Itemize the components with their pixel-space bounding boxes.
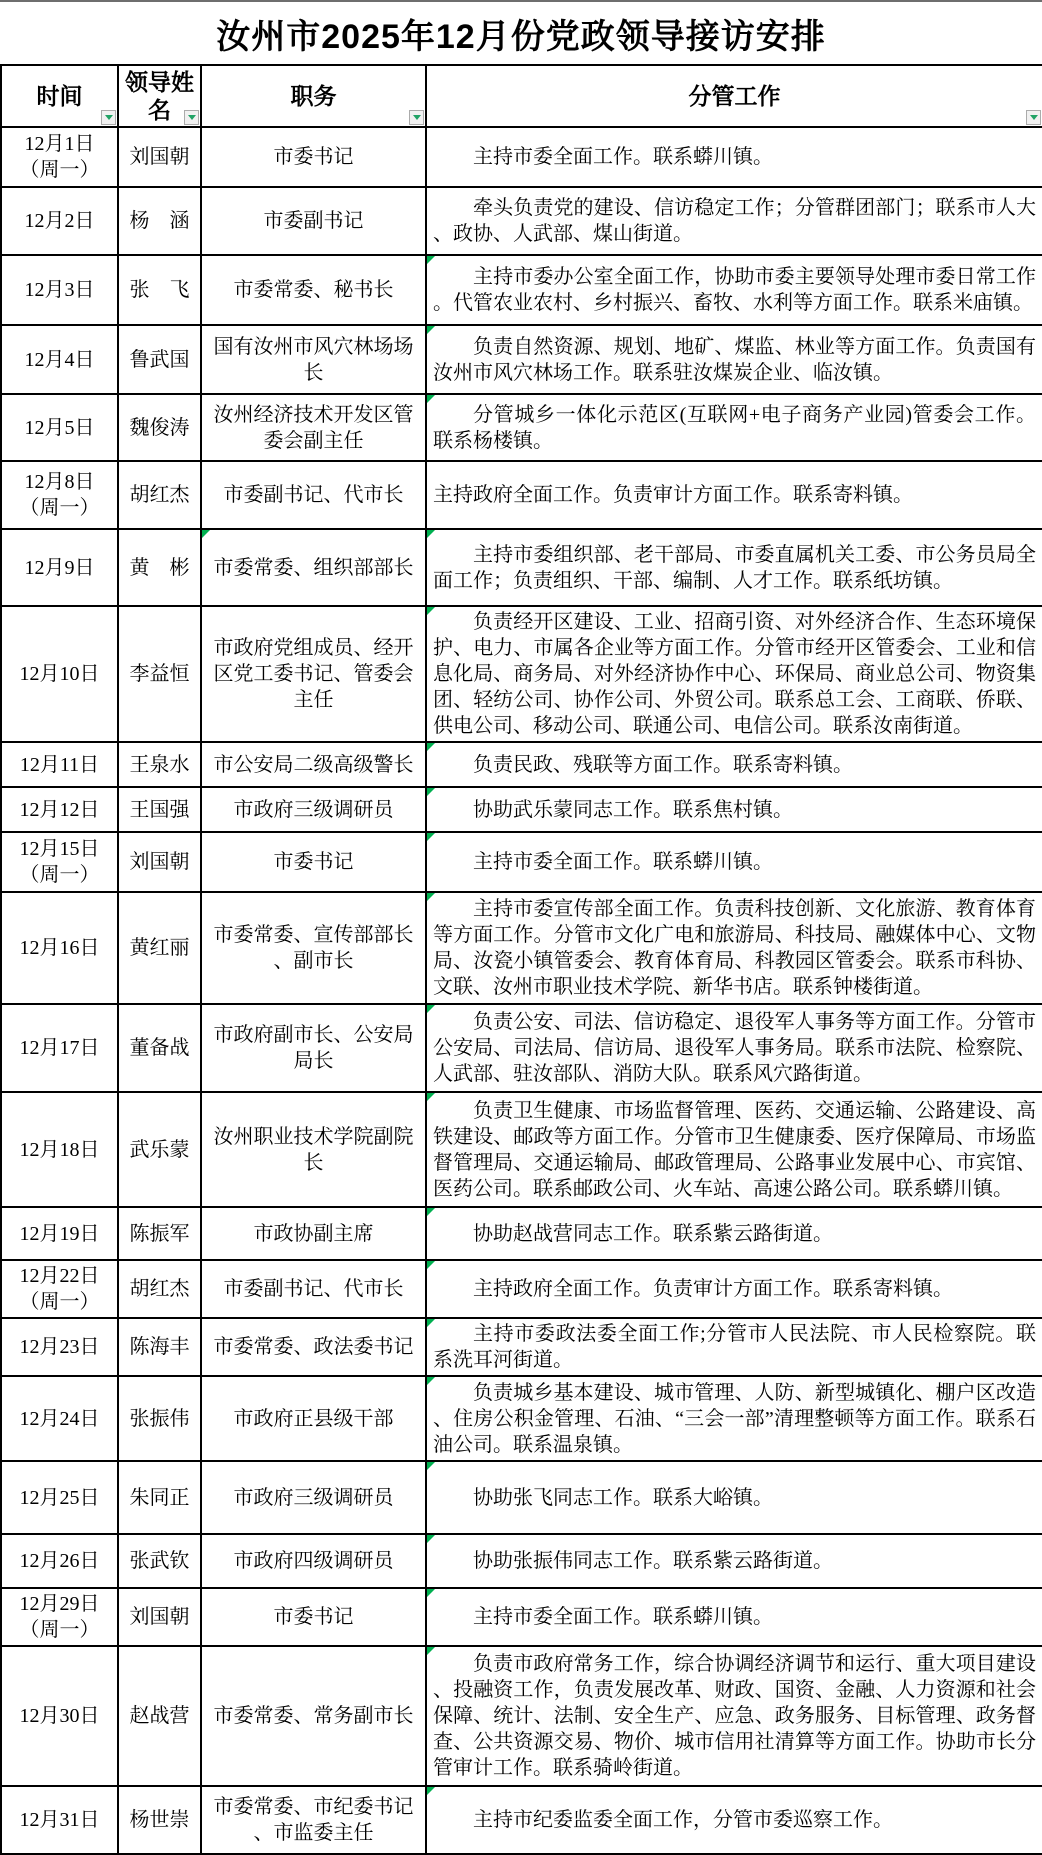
header-row: 时间 领导姓名 职务 分管工作 [1, 65, 1042, 127]
date-cell[interactable]: 12月25日 [1, 1461, 118, 1534]
position-text: 市委书记 [274, 851, 354, 873]
position-text: 国有汝州市风穴林场场长 [214, 336, 414, 384]
position-text: 市委常委、秘书长 [234, 279, 394, 301]
leader-name-cell[interactable]: 董备战 [118, 1004, 201, 1092]
duties-text: 主持市委政法委全面工作;分管市人民法院、市人民检察院。联系洗耳河街道。 [433, 1321, 1036, 1373]
date-cell[interactable]: 12月10日 [1, 606, 118, 742]
leader-name-text: 张 飞 [130, 279, 190, 301]
position-text: 市政府四级调研员 [234, 1550, 394, 1572]
duties-cell[interactable]: 负责市政府常务工作，综合协调经济调节和运行、重大项目建设、投融资工作，负责发展改… [426, 1646, 1042, 1786]
position-cell[interactable]: 市委常委、组织部部长 [201, 529, 426, 606]
date-cell[interactable]: 12月26日 [1, 1534, 118, 1588]
duties-cell[interactable]: 负责经开区建设、工业、招商引资、对外经济合作、生态环境保护、电力、市属各企业等方… [426, 606, 1042, 742]
weekday-text: （周一） [8, 157, 111, 183]
duties-text: 牵头负责党的建设、信访稳定工作；分管群团部门；联系市人大、政协、人武部、煤山街道… [433, 195, 1036, 247]
table-row: 12月19日 陈振军 市政协副主席 协助赵战营同志工作。联系紫云路街道。 [1, 1207, 1042, 1260]
spreadsheet: 汝州市2025年12月份党政领导接访安排 时间 领导姓名 职务 [0, 0, 1042, 1855]
date-text: 12月26日 [8, 1548, 111, 1574]
position-cell[interactable]: 市政协副主席 [201, 1207, 426, 1260]
date-cell[interactable]: 12月18日 [1, 1092, 118, 1207]
leader-name-cell[interactable]: 刘国朝 [118, 127, 201, 187]
date-text: 12月19日 [8, 1221, 111, 1247]
date-text: 12月16日 [8, 935, 111, 961]
error-indicator-icon [427, 788, 435, 796]
date-text: 12月31日 [8, 1807, 111, 1833]
leader-name-cell[interactable]: 朱同正 [118, 1461, 201, 1534]
position-text: 汝州职业技术学院副院长 [214, 1126, 414, 1174]
date-text: 12月3日 [8, 277, 111, 303]
duties-cell[interactable]: 协助张飞同志工作。联系大峪镇。 [426, 1461, 1042, 1534]
error-indicator-icon [427, 1005, 435, 1013]
duties-text: 负责公安、司法、信访稳定、退役军人事务等方面工作。分管市公安局、司法局、信访局、… [433, 1009, 1036, 1087]
date-cell[interactable]: 12月17日 [1, 1004, 118, 1092]
position-text: 市委副书记、代市长 [224, 484, 404, 506]
position-cell[interactable]: 市公安局二级高级警长 [201, 742, 426, 787]
col-header-position-label: 职务 [291, 83, 337, 109]
duties-cell[interactable]: 主持市委政法委全面工作;分管市人民法院、市人民检察院。联系洗耳河街道。 [426, 1318, 1042, 1376]
position-cell[interactable]: 市政府三级调研员 [201, 1461, 426, 1534]
error-indicator-icon [427, 1261, 435, 1269]
date-cell[interactable]: 12月15日 （周一） [1, 832, 118, 892]
col-header-duties[interactable]: 分管工作 [426, 65, 1042, 127]
error-indicator-icon [427, 1462, 435, 1470]
error-indicator-icon [427, 1647, 435, 1655]
date-cell[interactable]: 12月1日 （周一） [1, 127, 118, 187]
duties-cell[interactable]: 负责公安、司法、信访稳定、退役军人事务等方面工作。分管市公安局、司法局、信访局、… [426, 1004, 1042, 1092]
position-cell[interactable]: 市委副书记、代市长 [201, 461, 426, 529]
leader-name-cell[interactable]: 王泉水 [118, 742, 201, 787]
leader-name-cell[interactable]: 胡红杰 [118, 1260, 201, 1318]
weekday-text: （周一） [8, 1289, 111, 1315]
date-cell[interactable]: 12月23日 [1, 1318, 118, 1376]
duties-text: 主持市委全面工作。联系蟒川镇。 [433, 1604, 1036, 1630]
position-cell[interactable]: 市委书记 [201, 1588, 426, 1646]
filter-dropdown-icon[interactable] [184, 110, 199, 125]
error-indicator-icon [427, 530, 435, 538]
weekday-text: （周一） [8, 1617, 111, 1643]
leader-name-cell[interactable]: 王国强 [118, 787, 201, 832]
position-cell[interactable]: 市政府党组成员、经开区党工委书记、管委会主任 [201, 606, 426, 742]
table-row: 12月15日 （周一） 刘国朝 市委书记 主持市委全面工作。联系蟒川镇。 [1, 832, 1042, 892]
date-text: 12月22日 [8, 1263, 111, 1289]
duties-cell[interactable]: 负责民政、残联等方面工作。联系寄料镇。 [426, 742, 1042, 787]
leader-name-text: 王国强 [130, 799, 190, 821]
position-cell[interactable]: 市委常委、常务副市长 [201, 1646, 426, 1786]
table-row: 12月17日 董备战 市政府副市长、公安局局长 负责公安、司法、信访稳定、退役军… [1, 1004, 1042, 1092]
position-text: 市委常委、组织部部长 [214, 557, 414, 579]
position-text: 市委常委、常务副市长 [214, 1705, 414, 1727]
col-header-duties-label: 分管工作 [689, 83, 781, 109]
duties-cell[interactable]: 主持政府全面工作。负责审计方面工作。联系寄料镇。 [426, 461, 1042, 529]
date-cell[interactable]: 12月22日 （周一） [1, 1260, 118, 1318]
date-text: 12月1日 [8, 131, 111, 157]
col-header-time-label: 时间 [37, 83, 83, 109]
leader-name-text: 朱同正 [130, 1487, 190, 1509]
duties-cell[interactable]: 负责卫生健康、市场监督管理、医药、交通运输、公路建设、高铁建设、邮政等方面工作。… [426, 1092, 1042, 1207]
leader-name-cell[interactable]: 陈海丰 [118, 1318, 201, 1376]
leader-name-text: 李益恒 [130, 663, 190, 685]
date-cell[interactable]: 12月11日 [1, 742, 118, 787]
duties-cell[interactable]: 分管城乡一体化示范区(互联网+电子商务产业园)管委会工作。联系杨楼镇。 [426, 394, 1042, 461]
date-text: 12月10日 [8, 661, 111, 687]
error-indicator-icon [427, 1535, 435, 1543]
duties-cell[interactable]: 主持市委全面工作。联系蟒川镇。 [426, 832, 1042, 892]
error-indicator-icon [427, 607, 435, 615]
position-text: 市政府三级调研员 [234, 1487, 394, 1509]
duties-cell[interactable]: 协助张振伟同志工作。联系紫云路街道。 [426, 1534, 1042, 1588]
position-text: 市委常委、政法委书记 [214, 1336, 414, 1358]
leader-name-cell[interactable]: 鲁武国 [118, 325, 201, 394]
duties-text: 协助武乐蒙同志工作。联系焦村镇。 [433, 797, 1036, 823]
leader-name-cell[interactable]: 刘国朝 [118, 1588, 201, 1646]
date-cell[interactable]: 12月30日 [1, 1646, 118, 1786]
duties-cell[interactable]: 协助赵战营同志工作。联系紫云路街道。 [426, 1207, 1042, 1260]
table-row: 12月30日 赵战营 市委常委、常务副市长 负责市政府常务工作，综合协调经济调节… [1, 1646, 1042, 1786]
error-indicator-icon [427, 326, 435, 334]
table-row: 12月10日 李益恒 市政府党组成员、经开区党工委书记、管委会主任 负责经开区建… [1, 606, 1042, 742]
leader-name-text: 杨世崇 [130, 1809, 190, 1831]
duties-cell[interactable]: 负责自然资源、规划、地矿、煤监、林业等方面工作。负责国有汝州市风穴林场工作。联系… [426, 325, 1042, 394]
table-row: 12月2日 杨 涵 市委副书记 牵头负责党的建设、信访稳定工作；分管群团部门；联… [1, 187, 1042, 255]
date-cell[interactable]: 12月24日 [1, 1376, 118, 1461]
leader-name-text: 武乐蒙 [130, 1139, 190, 1161]
date-text: 12月25日 [8, 1485, 111, 1511]
table-row: 12月9日 黄 彬 市委常委、组织部部长 主持市委组织部、老干部局、市委直属机关… [1, 529, 1042, 606]
leader-name-text: 胡红杰 [130, 1278, 190, 1300]
duties-text: 协助张振伟同志工作。联系紫云路街道。 [433, 1548, 1036, 1574]
position-cell[interactable]: 市委副书记、代市长 [201, 1260, 426, 1318]
table-row: 12月12日 王国强 市政府三级调研员 协助武乐蒙同志工作。联系焦村镇。 [1, 787, 1042, 832]
error-indicator-icon [427, 256, 435, 264]
error-indicator-icon [427, 893, 435, 901]
duties-cell[interactable]: 主持市委办公室全面工作，协助市委主要领导处理市委日常工作。代管农业农村、乡村振兴… [426, 255, 1042, 325]
position-text: 市政协副主席 [254, 1223, 374, 1245]
error-indicator-icon [427, 1093, 435, 1101]
position-text: 市公安局二级高级警长 [214, 754, 414, 776]
table-row: 12月5日 魏俊涛 汝州经济技术开发区管委会副主任 分管城乡一体化示范区(互联网… [1, 394, 1042, 461]
leader-name-text: 赵战营 [130, 1705, 190, 1727]
date-cell[interactable]: 12月5日 [1, 394, 118, 461]
leader-name-cell[interactable]: 胡红杰 [118, 461, 201, 529]
position-text: 市政府党组成员、经开区党工委书记、管委会主任 [214, 637, 414, 711]
date-text: 12月2日 [8, 208, 111, 234]
table-row: 12月26日 张武钦 市政府四级调研员 协助张振伟同志工作。联系紫云路街道。 [1, 1534, 1042, 1588]
duties-text: 主持市委办公室全面工作，协助市委主要领导处理市委日常工作。代管农业农村、乡村振兴… [433, 264, 1036, 316]
table-row: 12月11日 王泉水 市公安局二级高级警长 负责民政、残联等方面工作。联系寄料镇… [1, 742, 1042, 787]
duties-text: 主持市委宣传部全面工作。负责科技创新、文化旅游、教育体育等方面工作。分管市文化广… [433, 896, 1036, 1000]
error-indicator-icon [427, 1208, 435, 1216]
position-cell[interactable]: 市委副书记 [201, 187, 426, 255]
date-text: 12月30日 [8, 1703, 111, 1729]
schedule-table: 时间 领导姓名 职务 分管工作 12月1日 （周一） [0, 64, 1042, 1855]
weekday-text: （周一） [8, 862, 111, 888]
duties-text: 协助张飞同志工作。联系大峪镇。 [433, 1485, 1036, 1511]
leader-name-cell[interactable]: 张武钦 [118, 1534, 201, 1588]
duties-cell[interactable]: 主持市委全面工作。联系蟒川镇。 [426, 127, 1042, 187]
error-indicator-icon [427, 833, 435, 841]
page-title: 汝州市2025年12月份党政领导接访安排 [0, 0, 1042, 64]
leader-name-cell[interactable]: 刘国朝 [118, 832, 201, 892]
filter-dropdown-icon[interactable] [101, 110, 116, 125]
col-header-position[interactable]: 职务 [201, 65, 426, 127]
leader-name-cell[interactable]: 李益恒 [118, 606, 201, 742]
leader-name-text: 张武钦 [130, 1550, 190, 1572]
position-cell[interactable]: 市政府副市长、公安局局长 [201, 1004, 426, 1092]
table-row: 12月22日 （周一） 胡红杰 市委副书记、代市长 主持政府全面工作。负责审计方… [1, 1260, 1042, 1318]
position-cell[interactable]: 汝州经济技术开发区管委会副主任 [201, 394, 426, 461]
leader-name-cell[interactable]: 武乐蒙 [118, 1092, 201, 1207]
leader-name-text: 杨 涵 [130, 210, 190, 232]
duties-text: 分管城乡一体化示范区(互联网+电子商务产业园)管委会工作。联系杨楼镇。 [433, 402, 1036, 454]
leader-name-text: 刘国朝 [130, 146, 190, 168]
position-text: 市委副书记、代市长 [224, 1278, 404, 1300]
date-cell[interactable]: 12月2日 [1, 187, 118, 255]
position-text: 市委常委、市纪委书记、市监委主任 [214, 1796, 414, 1844]
date-text: 12月5日 [8, 415, 111, 441]
error-indicator-icon [427, 1589, 435, 1597]
date-text: 12月9日 [8, 555, 111, 581]
error-indicator-icon [427, 395, 435, 403]
position-text: 市政府三级调研员 [234, 799, 394, 821]
position-cell[interactable]: 市政府四级调研员 [201, 1534, 426, 1588]
date-text: 12月24日 [8, 1406, 111, 1432]
date-text: 12月17日 [8, 1035, 111, 1061]
leader-name-text: 董备战 [130, 1037, 190, 1059]
duties-cell[interactable]: 主持市委全面工作。联系蟒川镇。 [426, 1588, 1042, 1646]
table-row: 12月18日 武乐蒙 汝州职业技术学院副院长 负责卫生健康、市场监督管理、医药、… [1, 1092, 1042, 1207]
col-header-time[interactable]: 时间 [1, 65, 118, 127]
position-cell[interactable]: 市委常委、宣传部部长、副市长 [201, 892, 426, 1004]
position-text: 市委书记 [274, 1606, 354, 1628]
position-text: 市委副书记 [264, 210, 364, 232]
col-header-leader-name[interactable]: 领导姓名 [118, 65, 201, 127]
filter-dropdown-icon[interactable] [1026, 110, 1041, 125]
duties-text: 主持市委全面工作。联系蟒川镇。 [433, 144, 1036, 170]
error-indicator-icon [427, 743, 435, 751]
table-row: 12月1日 （周一） 刘国朝 市委书记 主持市委全面工作。联系蟒川镇。 [1, 127, 1042, 187]
duties-text: 协助赵战营同志工作。联系紫云路街道。 [433, 1221, 1036, 1247]
date-cell[interactable]: 12月12日 [1, 787, 118, 832]
duties-text: 负责民政、残联等方面工作。联系寄料镇。 [433, 752, 1036, 778]
leader-name-text: 鲁武国 [130, 349, 190, 371]
leader-name-text: 陈振军 [130, 1223, 190, 1245]
table-row: 12月23日 陈海丰 市委常委、政法委书记 主持市委政法委全面工作;分管市人民法… [1, 1318, 1042, 1376]
weekday-text: （周一） [8, 495, 111, 521]
date-text: 12月4日 [8, 347, 111, 373]
duties-cell[interactable]: 主持市委宣传部全面工作。负责科技创新、文化旅游、教育体育等方面工作。分管市文化广… [426, 892, 1042, 1004]
duties-cell[interactable]: 协助武乐蒙同志工作。联系焦村镇。 [426, 787, 1042, 832]
table-row: 12月8日 （周一） 胡红杰 市委副书记、代市长 主持政府全面工作。负责审计方面… [1, 461, 1042, 529]
leader-name-text: 王泉水 [130, 754, 190, 776]
position-cell[interactable]: 国有汝州市风穴林场场长 [201, 325, 426, 394]
leader-name-cell[interactable]: 张 飞 [118, 255, 201, 325]
date-cell[interactable]: 12月19日 [1, 1207, 118, 1260]
duties-text: 主持政府全面工作。负责审计方面工作。联系寄料镇。 [433, 482, 1036, 508]
position-cell[interactable]: 市委常委、政法委书记 [201, 1318, 426, 1376]
date-text: 12月12日 [8, 797, 111, 823]
position-text: 市委书记 [274, 146, 354, 168]
table-row: 12月3日 张 飞 市委常委、秘书长 主持市委办公室全面工作，协助市委主要领导处… [1, 255, 1042, 325]
date-text: 12月11日 [8, 752, 111, 778]
table-row: 12月24日 张振伟 市政府正县级干部 负责城乡基本建设、城市管理、人防、新型城… [1, 1376, 1042, 1461]
position-text: 市政府正县级干部 [234, 1408, 394, 1430]
position-text: 市政府副市长、公安局局长 [214, 1024, 414, 1072]
leader-name-text: 张振伟 [130, 1408, 190, 1430]
date-cell[interactable]: 12月16日 [1, 892, 118, 1004]
duties-cell[interactable]: 主持市委组织部、老干部局、市委直属机关工委、市公务员局全面工作；负责组织、干部、… [426, 529, 1042, 606]
leader-name-cell[interactable]: 魏俊涛 [118, 394, 201, 461]
duties-text: 主持市纪委监委全面工作，分管市委巡察工作。 [433, 1807, 1036, 1833]
leader-name-text: 刘国朝 [130, 1606, 190, 1628]
position-text: 汝州经济技术开发区管委会副主任 [214, 404, 414, 452]
error-indicator-icon [427, 1319, 435, 1327]
leader-name-text: 陈海丰 [130, 1336, 190, 1358]
duties-text: 主持市委组织部、老干部局、市委直属机关工委、市公务员局全面工作；负责组织、干部、… [433, 542, 1036, 594]
date-cell[interactable]: 12月8日 （周一） [1, 461, 118, 529]
leader-name-text: 胡红杰 [130, 484, 190, 506]
table-row: 12月16日 黄红丽 市委常委、宣传部部长、副市长 主持市委宣传部全面工作。负责… [1, 892, 1042, 1004]
leader-name-text: 黄 彬 [130, 557, 190, 579]
position-cell[interactable]: 市委书记 [201, 832, 426, 892]
position-text: 市委常委、宣传部部长、副市长 [214, 924, 414, 972]
leader-name-text: 黄红丽 [130, 937, 190, 959]
error-indicator-icon [427, 1787, 435, 1795]
leader-name-cell[interactable]: 黄红丽 [118, 892, 201, 1004]
leader-name-cell[interactable]: 张振伟 [118, 1376, 201, 1461]
position-cell[interactable]: 市委常委、秘书长 [201, 255, 426, 325]
table-row: 12月29日 （周一） 刘国朝 市委书记 主持市委全面工作。联系蟒川镇。 [1, 1588, 1042, 1646]
date-text: 12月18日 [8, 1137, 111, 1163]
leader-name-text: 魏俊涛 [130, 417, 190, 439]
table-row: 12月25日 朱同正 市政府三级调研员 协助张飞同志工作。联系大峪镇。 [1, 1461, 1042, 1534]
position-cell[interactable]: 汝州职业技术学院副院长 [201, 1092, 426, 1207]
position-cell[interactable]: 市政府三级调研员 [201, 787, 426, 832]
filter-dropdown-icon[interactable] [409, 110, 424, 125]
duties-cell[interactable]: 主持政府全面工作。负责审计方面工作。联系寄料镇。 [426, 1260, 1042, 1318]
leader-name-cell[interactable]: 杨 涵 [118, 187, 201, 255]
duties-text: 负责卫生健康、市场监督管理、医药、交通运输、公路建设、高铁建设、邮政等方面工作。… [433, 1098, 1036, 1202]
date-cell[interactable]: 12月29日 （周一） [1, 1588, 118, 1646]
date-text: 12月29日 [8, 1591, 111, 1617]
date-text: 12月8日 [8, 469, 111, 495]
leader-name-text: 刘国朝 [130, 851, 190, 873]
date-cell[interactable]: 12月3日 [1, 255, 118, 325]
duties-cell[interactable]: 牵头负责党的建设、信访稳定工作；分管群团部门；联系市人大、政协、人武部、煤山街道… [426, 187, 1042, 255]
duties-text: 主持政府全面工作。负责审计方面工作。联系寄料镇。 [433, 1276, 1036, 1302]
duties-text: 主持市委全面工作。联系蟒川镇。 [433, 849, 1036, 875]
date-cell[interactable]: 12月9日 [1, 529, 118, 606]
date-cell[interactable]: 12月4日 [1, 325, 118, 394]
leader-name-cell[interactable]: 陈振军 [118, 1207, 201, 1260]
date-text: 12月15日 [8, 836, 111, 862]
duties-text: 负责城乡基本建设、城市管理、人防、新型城镇化、棚户区改造、住房公积金管理、石油、… [433, 1380, 1036, 1458]
date-text: 12月23日 [8, 1334, 111, 1360]
leader-name-cell[interactable]: 赵战营 [118, 1646, 201, 1786]
error-indicator-icon [202, 530, 210, 538]
position-cell[interactable]: 市委书记 [201, 127, 426, 187]
duties-text: 负责市政府常务工作，综合协调经济调节和运行、重大项目建设、投融资工作，负责发展改… [433, 1651, 1036, 1781]
duties-text: 负责自然资源、规划、地矿、煤监、林业等方面工作。负责国有汝州市风穴林场工作。联系… [433, 334, 1036, 386]
leader-name-cell[interactable]: 黄 彬 [118, 529, 201, 606]
table-row: 12月4日 鲁武国 国有汝州市风穴林场场长 负责自然资源、规划、地矿、煤监、林业… [1, 325, 1042, 394]
duties-text: 负责经开区建设、工业、招商引资、对外经济合作、生态环境保护、电力、市属各企业等方… [433, 609, 1036, 739]
duties-cell[interactable]: 负责城乡基本建设、城市管理、人防、新型城镇化、棚户区改造、住房公积金管理、石油、… [426, 1376, 1042, 1461]
error-indicator-icon [427, 1377, 435, 1385]
position-cell[interactable]: 市政府正县级干部 [201, 1376, 426, 1461]
